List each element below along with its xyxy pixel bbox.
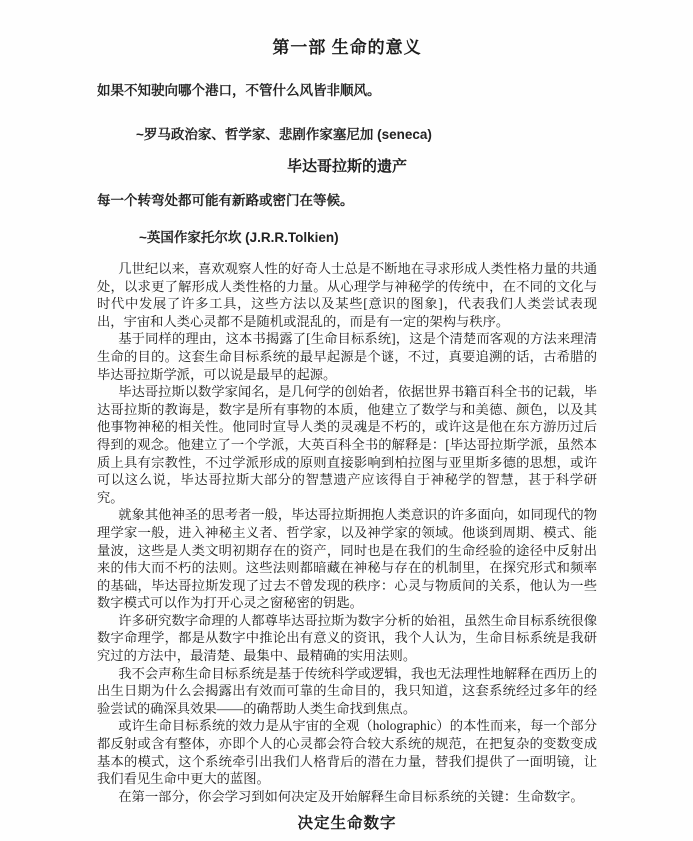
epigraph-quote-1: 如果不知驶向哪个港口，不管什么风皆非顺风。 [97, 82, 597, 99]
body-paragraph: 几世纪以来，喜欢观察人性的好奇人士总是不断地在寻求形成人类性格力量的共通处，以求… [97, 260, 597, 330]
document-page: 第一部 生命的意义 如果不知驶向哪个港口，不管什么风皆非顺风。 ~罗马政治家、哲… [0, 0, 693, 841]
chapter-title: 毕达哥拉斯的遗产 [97, 157, 597, 176]
epigraph-attribution-2: ~英国作家托尔坎 (J.R.R.Tolkien) [97, 229, 597, 246]
body-paragraph: 就象其他神圣的思考者一般，毕达哥拉斯拥抱人类意识的许多面向，如同现代的物理学家一… [97, 506, 597, 612]
body-paragraph: 在第一部分，你会学习到如何决定及开始解释生命目标系统的关键：生命数字。 [97, 788, 597, 806]
body-paragraph: 毕达哥拉斯以数学家闻名，是几何学的创始者，依据世界书籍百科全书的记载，毕达哥拉斯… [97, 383, 597, 506]
section-heading: 决定生命数字 [97, 814, 597, 834]
body-paragraph: 我不会声称生命目标系统是基于传统科学或逻辑，我也无法理性地解释在西历上的出生日期… [97, 665, 597, 718]
epigraph-attribution-1: ~罗马政治家、哲学家、悲剧作家塞尼加 (seneca) [97, 126, 597, 143]
body-paragraph: 许多研究数字命理的人都尊毕达哥拉斯为数字分析的始祖，虽然生命目标系统很像数字命理… [97, 612, 597, 665]
body-paragraph: 或许生命目标系统的效力是从宇宙的全观（holographic）的本性而来，每一个… [97, 717, 597, 787]
body-paragraph: 基于同样的理由，这本书揭露了[生命目标系统]，这是个清楚而客观的方法来理清生命的… [97, 330, 597, 383]
epigraph-quote-2: 每一个转弯处都可能有新路或密门在等候。 [97, 192, 597, 209]
part-title: 第一部 生命的意义 [97, 36, 597, 60]
body-text: 几世纪以来，喜欢观察人性的好奇人士总是不断地在寻求形成人类性格力量的共通处，以求… [97, 260, 597, 805]
